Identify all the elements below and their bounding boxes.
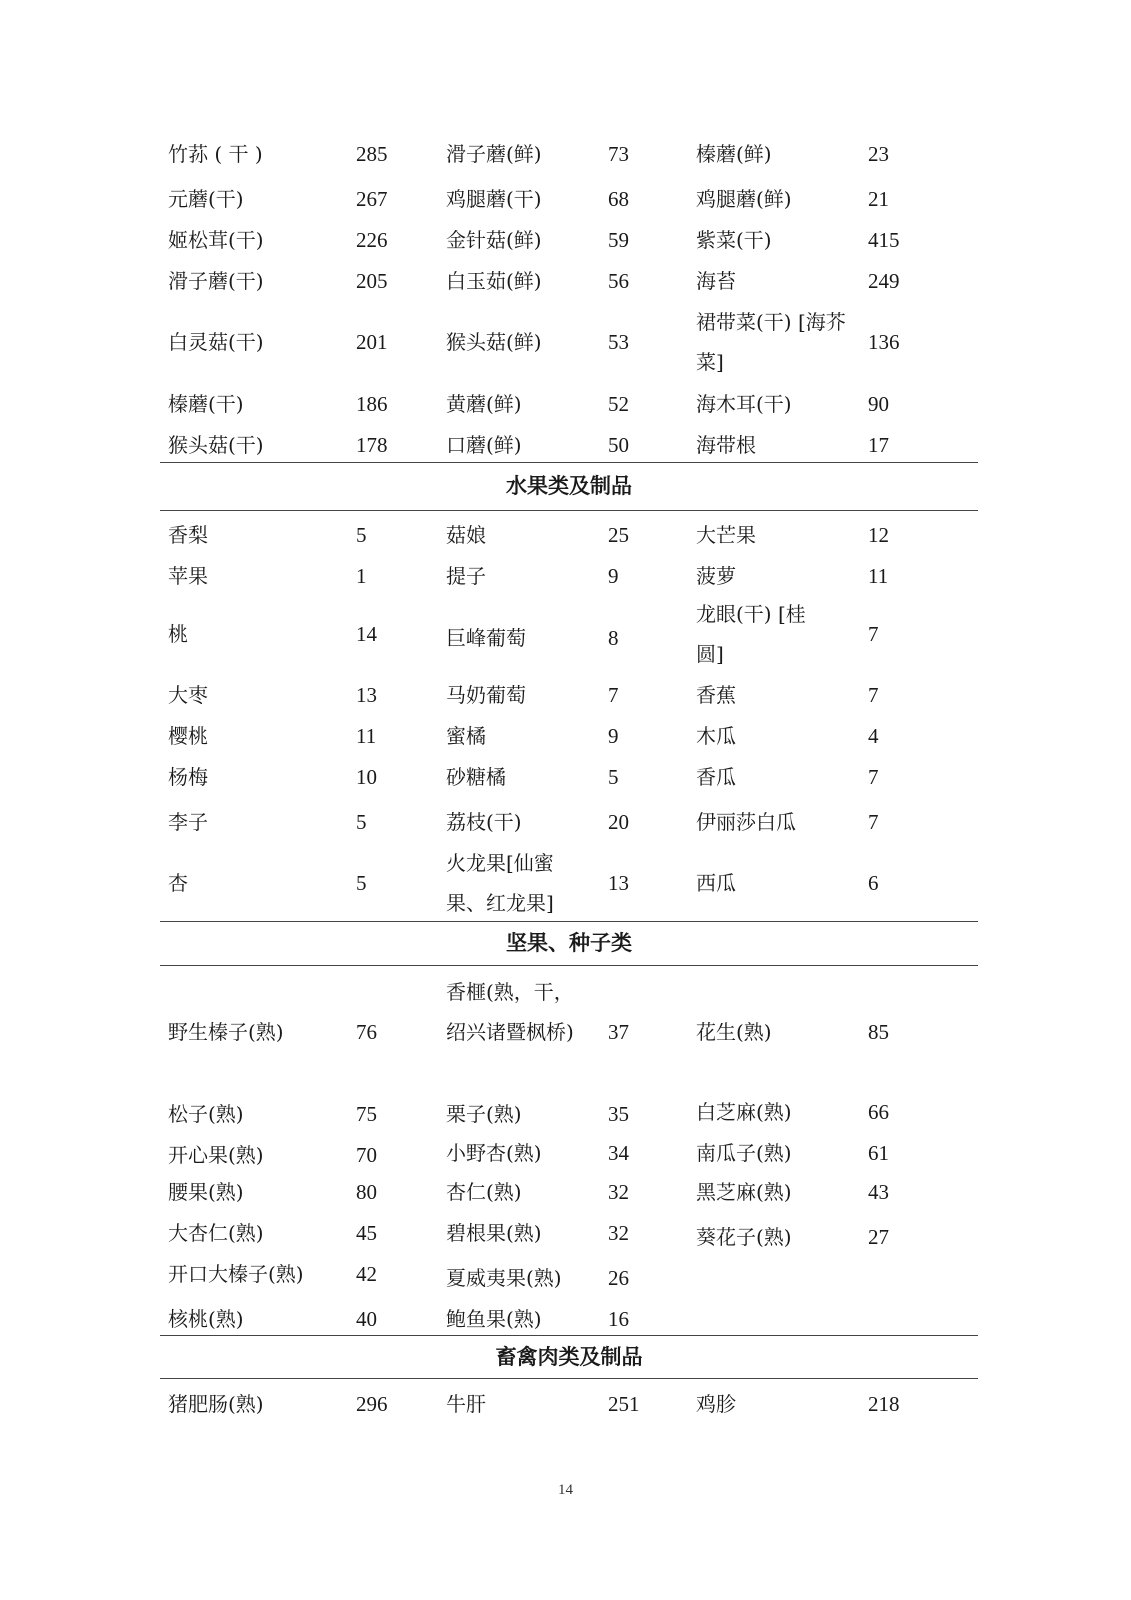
food-value: 285 [356,134,388,174]
food-name: 花生(熟) [696,1012,772,1052]
table-row: 白灵菇(干) 201 猴头菇(鲜) 53 裙带菜(干) [海芥菜] 136 [160,302,978,382]
food-name: 大杏仁(熟) [168,1213,264,1253]
food-value: 9 [608,556,619,596]
food-value: 75 [356,1094,377,1134]
food-value: 201 [356,322,388,362]
table-row: 开心果(熟) 70 小野杏(熟) 34 南瓜子(熟) 61 [160,1133,978,1173]
food-value: 186 [356,384,388,424]
section-divider [160,510,978,511]
food-value: 53 [608,322,629,362]
food-value: 32 [608,1172,629,1212]
food-value: 80 [356,1172,377,1212]
food-name: 松子(熟) [168,1094,244,1134]
table-row: 猴头菇(干) 178 口蘑(鲜) 50 海带根 17 [160,425,978,465]
food-value: 25 [608,515,629,555]
food-value: 5 [608,757,619,797]
food-name: 榛蘑(干) [168,384,244,424]
section-divider [160,921,978,922]
food-value: 249 [868,261,900,301]
food-value: 10 [356,757,377,797]
food-name: 紫菜(干) [696,220,772,260]
food-name: 巨峰葡萄 [446,618,526,658]
food-value: 34 [608,1133,629,1173]
food-value: 267 [356,179,388,219]
food-value: 12 [868,515,889,555]
food-value: 13 [608,863,629,903]
food-value: 37 [608,1012,629,1052]
food-value: 7 [868,614,879,654]
food-value: 85 [868,1012,889,1052]
food-value: 40 [356,1299,377,1339]
food-value: 45 [356,1213,377,1253]
food-name: 火龙果[仙蜜果、红龙果] [446,843,574,923]
section-divider [160,462,978,463]
section-divider [160,1378,978,1379]
food-name: 鸡腿蘑(干) [446,179,542,219]
food-value: 4 [868,716,879,756]
food-name: 龙眼(干) [桂圆] [696,594,831,674]
food-name: 牛肝 [446,1384,486,1424]
food-value: 415 [868,220,900,260]
food-value: 296 [356,1384,388,1424]
food-value: 61 [868,1133,889,1173]
food-value: 6 [868,863,879,903]
food-value: 42 [356,1254,377,1294]
food-value: 205 [356,261,388,301]
food-name: 香榧(熟，干，绍兴诸暨枫桥) [446,972,586,1052]
food-value: 90 [868,384,889,424]
food-name: 姬松茸(干) [168,220,264,260]
food-name: 杨梅 [168,757,208,797]
food-name: 大芒果 [696,515,756,555]
table-row: 榛蘑(干) 186 黄蘑(鲜) 52 海木耳(干) 90 [160,384,978,424]
food-value: 35 [608,1094,629,1134]
food-name: 开口大榛子(熟) [168,1254,304,1294]
table-row: 竹荪 ( 干 ) 285 滑子蘑(鲜) 73 榛蘑(鲜) 23 [160,134,978,174]
table-row: 杏 5 火龙果[仙蜜果、红龙果] 13 西瓜 6 [160,843,978,923]
food-name: 砂糖橘 [446,757,506,797]
food-value: 68 [608,179,629,219]
food-name: 栗子(熟) [446,1094,522,1134]
food-name: 提子 [446,556,486,596]
food-value: 14 [356,614,377,654]
table-row: 大枣 13 马奶葡萄 7 香蕉 7 [160,675,978,715]
food-name: 滑子蘑(鲜) [446,134,542,174]
food-name: 榛蘑(鲜) [696,134,772,174]
food-name: 苹果 [168,556,208,596]
food-value: 16 [608,1299,629,1339]
food-name: 杏 [168,863,188,903]
food-value: 5 [356,515,367,555]
food-value: 17 [868,425,889,465]
food-name: 南瓜子(熟) [696,1133,792,1173]
food-value: 20 [608,802,629,842]
food-name: 海带根 [696,425,756,465]
food-name: 碧根果(熟) [446,1213,542,1253]
food-name: 夏威夷果(熟) [446,1258,562,1298]
food-name: 核桃(熟) [168,1299,244,1339]
food-value: 27 [868,1217,889,1257]
food-name: 白灵菇(干) [168,322,264,362]
table-row: 樱桃 11 蜜橘 9 木瓜 4 [160,716,978,756]
document-page: 竹荪 ( 干 ) 285 滑子蘑(鲜) 73 榛蘑(鲜) 23 元蘑(干) 26… [0,0,1131,1600]
table-row: 桃 14 巨峰葡萄 8 龙眼(干) [桂圆] 7 [160,594,978,674]
section-header-nuts: 坚果、种子类 [160,923,978,963]
food-value: 32 [608,1213,629,1253]
food-name: 小野杏(熟) [446,1133,542,1173]
food-value: 43 [868,1172,889,1212]
food-name: 野生榛子(熟) [168,1012,284,1052]
page-number: 14 [0,1482,1131,1499]
section-header-meat: 畜禽肉类及制品 [160,1337,978,1377]
food-name: 猴头菇(鲜) [446,322,542,362]
food-value: 26 [608,1258,629,1298]
food-name: 木瓜 [696,716,736,756]
food-name: 裙带菜(干) [海芥菜] [696,302,846,382]
food-value: 7 [868,802,879,842]
food-value: 1 [356,556,367,596]
table-row: 滑子蘑(干) 205 白玉茹(鲜) 56 海苔 249 [160,261,978,301]
food-name: 桃 [168,614,188,654]
table-row: 苹果 1 提子 9 菠萝 11 [160,556,978,596]
table-row: 腰果(熟) 80 杏仁(熟) 32 黑芝麻(熟) 43 [160,1172,978,1212]
food-value: 11 [868,556,888,596]
food-value: 136 [868,322,900,362]
food-name: 菠萝 [696,556,736,596]
food-value: 50 [608,425,629,465]
food-value: 21 [868,179,889,219]
food-name: 开心果(熟) [168,1135,264,1175]
food-name: 猴头菇(干) [168,425,264,465]
food-value: 7 [868,675,879,715]
food-value: 11 [356,716,376,756]
food-name: 鲍鱼果(熟) [446,1299,542,1339]
food-name: 香瓜 [696,757,736,797]
food-value: 251 [608,1384,640,1424]
food-value: 5 [356,802,367,842]
food-value: 5 [356,863,367,903]
food-value: 178 [356,425,388,465]
section-header-fruits: 水果类及制品 [160,466,978,506]
table-row: 核桃(熟) 40 鲍鱼果(熟) 16 [160,1299,978,1339]
food-value: 73 [608,134,629,174]
food-value: 13 [356,675,377,715]
food-value: 59 [608,220,629,260]
food-name: 西瓜 [696,863,736,903]
food-name: 白芝麻(熟) [696,1092,792,1132]
table-row: 香梨 5 菇娘 25 大芒果 12 [160,515,978,555]
food-name: 鸡腿蘑(鲜) [696,179,792,219]
table-row: 野生榛子(熟) 76 香榧(熟，干，绍兴诸暨枫桥) 37 花生(熟) 85 [160,972,978,1092]
food-name: 李子 [168,802,208,842]
food-value: 23 [868,134,889,174]
table-row: 猪肥肠(熟) 296 牛肝 251 鸡胗 218 [160,1384,978,1424]
food-name: 鸡胗 [696,1384,736,1424]
food-name: 杏仁(熟) [446,1172,522,1212]
food-name: 白玉茹(鲜) [446,261,542,301]
food-name: 海苔 [696,261,736,301]
food-value: 56 [608,261,629,301]
food-value: 76 [356,1012,377,1052]
food-name: 黑芝麻(熟) [696,1172,792,1212]
section-divider [160,965,978,966]
food-name: 猪肥肠(熟) [168,1384,264,1424]
section-divider [160,1335,978,1336]
food-name: 樱桃 [168,716,208,756]
food-name: 大枣 [168,675,208,715]
food-value: 218 [868,1384,900,1424]
food-name: 香梨 [168,515,208,555]
food-name: 荔枝(干) [446,802,522,842]
food-name: 金针菇(鲜) [446,220,542,260]
table-row: 李子 5 荔枝(干) 20 伊丽莎白瓜 7 [160,802,978,842]
food-value: 7 [608,675,619,715]
food-name: 滑子蘑(干) [168,261,264,301]
food-name: 葵花子(熟) [696,1217,792,1257]
food-name: 竹荪 ( 干 ) [168,134,263,174]
food-value: 7 [868,757,879,797]
food-name: 腰果(熟) [168,1172,244,1212]
food-value: 226 [356,220,388,260]
food-value: 52 [608,384,629,424]
food-name: 伊丽莎白瓜 [696,802,796,842]
table-row: 大杏仁(熟) 45 碧根果(熟) 32 葵花子(熟) 27 [160,1213,978,1253]
food-name: 海木耳(干) [696,384,792,424]
food-name: 口蘑(鲜) [446,425,522,465]
food-value: 8 [608,618,619,658]
table-row: 姬松茸(干) 226 金针菇(鲜) 59 紫菜(干) 415 [160,220,978,260]
food-value: 70 [356,1135,377,1175]
food-name: 黄蘑(鲜) [446,384,522,424]
table-row: 开口大榛子(熟) 42 夏威夷果(熟) 26 [160,1254,978,1294]
food-name: 蜜橘 [446,716,486,756]
table-row: 松子(熟) 75 栗子(熟) 35 白芝麻(熟) 66 [160,1092,978,1132]
food-name: 香蕉 [696,675,736,715]
food-name: 菇娘 [446,515,486,555]
table-row: 杨梅 10 砂糖橘 5 香瓜 7 [160,757,978,797]
food-name: 元蘑(干) [168,179,244,219]
food-value: 9 [608,716,619,756]
table-row: 元蘑(干) 267 鸡腿蘑(干) 68 鸡腿蘑(鲜) 21 [160,179,978,219]
food-name: 马奶葡萄 [446,675,526,715]
food-value: 66 [868,1092,889,1132]
